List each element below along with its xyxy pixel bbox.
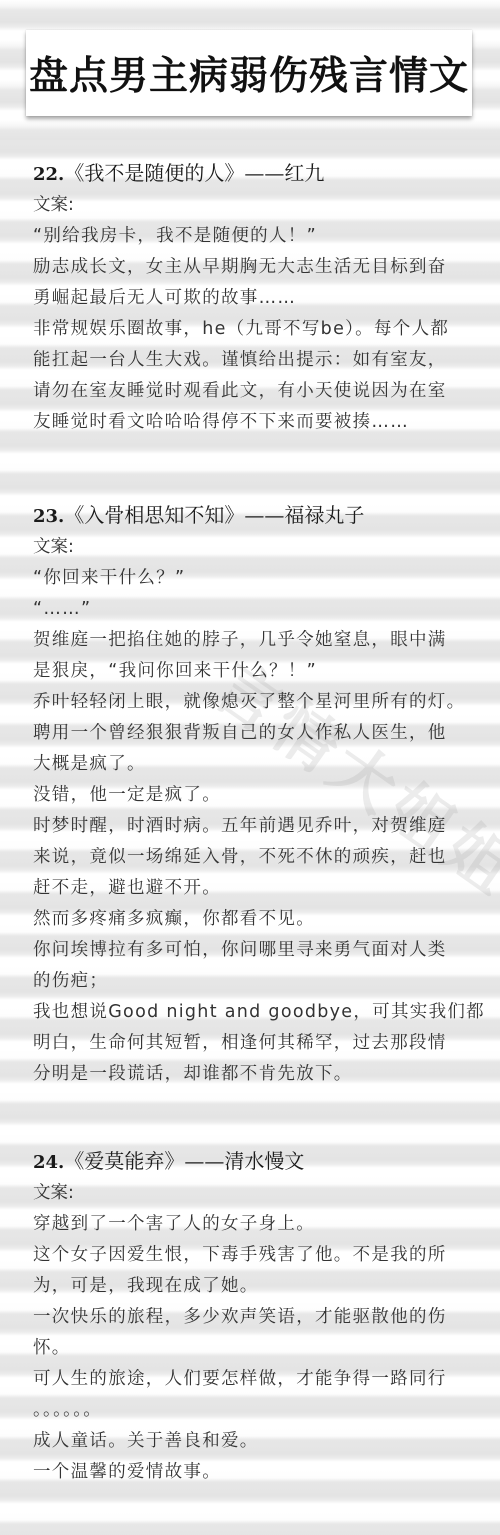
- entry-heading: 23.《入骨相思知不知》——福禄丸子: [33, 500, 483, 532]
- synopsis-line: 非常规娱乐圈故事，he（九哥不写be）。每个人都: [33, 314, 483, 345]
- synopsis-line: 是狠戾，“我问你回来干什么？！”: [33, 656, 483, 687]
- entry-title-author: 《入骨相思知不知》——福禄丸子: [64, 503, 364, 527]
- entry-number: 23.: [33, 506, 64, 527]
- synopsis-line: 穿越到了一个害了人的女子身上。: [33, 1209, 483, 1240]
- synopsis-line: 然而多疼痛多疯癫，你都看不见。: [33, 904, 483, 935]
- book-entry-24: 24.《爱莫能弃》——清水慢文 文案: 穿越到了一个害了人的女子身上。 这个女子…: [33, 1146, 483, 1488]
- synopsis-line: 时梦时醒，时酒时病。五年前遇见乔叶，对贺维庭: [33, 811, 483, 842]
- synopsis-line: 赶不走，避也避不开。: [33, 873, 483, 904]
- entry-number: 24.: [33, 1152, 64, 1173]
- synopsis-line: 成人童话。关于善良和爱。: [33, 1426, 483, 1457]
- synopsis-line: 乔叶轻轻闭上眼，就像熄灭了整个星河里所有的灯。: [33, 687, 483, 718]
- synopsis-label: 文案:: [33, 532, 483, 563]
- synopsis-line: 分明是一段谎话，却谁都不肯先放下。: [33, 1059, 483, 1090]
- synopsis-line: 你问埃博拉有多可怕，你问哪里寻来勇气面对人类: [33, 935, 483, 966]
- synopsis-line: 明白，生命何其短暂，相逢何其稀罕，过去那段情: [33, 1028, 483, 1059]
- synopsis-line: 我也想说Good night and goodbye，可其实我们都: [33, 997, 483, 1028]
- synopsis-line: 这个女子因爱生恨，下毒手残害了他。不是我的所: [33, 1240, 483, 1271]
- synopsis-line: 来说，竟似一场绵延入骨，不死不休的顽疾，赶也: [33, 842, 483, 873]
- synopsis-line: 聘用一个曾经狠狠背叛自己的女人作私人医生，他: [33, 718, 483, 749]
- synopsis-line: 能扛起一台人生大戏。谨慎给出提示：如有室友，: [33, 345, 483, 376]
- synopsis-line: “别给我房卡，我不是随便的人！”: [33, 221, 483, 252]
- synopsis-line: 一个温馨的爱情故事。: [33, 1457, 483, 1488]
- book-entry-23: 23.《入骨相思知不知》——福禄丸子 文案: “你回来干什么？” “……” 贺维…: [33, 500, 483, 1090]
- synopsis-line: 勇崛起最后无人可欺的故事……: [33, 283, 483, 314]
- entry-title-author: 《我不是随便的人》——红九: [64, 161, 324, 185]
- page-title: 盘点男主病弱伤残言情文: [29, 45, 469, 101]
- section-spacer: [33, 438, 483, 500]
- synopsis-line: 为，可是，我现在成了她。: [33, 1271, 483, 1302]
- synopsis-line: 请勿在室友睡觉时观看此文，有小天使说因为在室: [33, 376, 483, 407]
- section-spacer: [33, 1090, 483, 1146]
- article-body: 22.《我不是随便的人》——红九 文案: “别给我房卡，我不是随便的人！” 励志…: [33, 158, 483, 1488]
- title-card: 盘点男主病弱伤残言情文: [26, 30, 472, 116]
- synopsis-line: 贺维庭一把掐住她的脖子，几乎令她窒息，眼中满: [33, 625, 483, 656]
- synopsis-line: 可人生的旅途，人们要怎样做，才能争得一路同行: [33, 1364, 483, 1395]
- synopsis-label: 文案:: [33, 1178, 483, 1209]
- entry-number: 22.: [33, 164, 64, 185]
- synopsis-line: 大概是疯了。: [33, 749, 483, 780]
- synopsis-line: 一次快乐的旅程，多少欢声笑语，才能驱散他的伤: [33, 1302, 483, 1333]
- synopsis-line: “……”: [33, 594, 483, 625]
- entry-title-author: 《爱莫能弃》——清水慢文: [64, 1149, 304, 1173]
- book-entry-22: 22.《我不是随便的人》——红九 文案: “别给我房卡，我不是随便的人！” 励志…: [33, 158, 483, 438]
- synopsis-line: 没错，他一定是疯了。: [33, 780, 483, 811]
- synopsis-line: 的伤疤；: [33, 966, 483, 997]
- synopsis-line: 。。。。。。: [33, 1395, 483, 1426]
- entry-heading: 22.《我不是随便的人》——红九: [33, 158, 483, 190]
- synopsis-line: 励志成长文，女主从早期胸无大志生活无目标到奋: [33, 252, 483, 283]
- entry-heading: 24.《爱莫能弃》——清水慢文: [33, 1146, 483, 1178]
- synopsis-line: 怀。: [33, 1333, 483, 1364]
- synopsis-line: “你回来干什么？”: [33, 563, 483, 594]
- synopsis-label: 文案:: [33, 190, 483, 221]
- synopsis-line: 友睡觉时看文哈哈哈得停不下来而要被揍……: [33, 407, 483, 438]
